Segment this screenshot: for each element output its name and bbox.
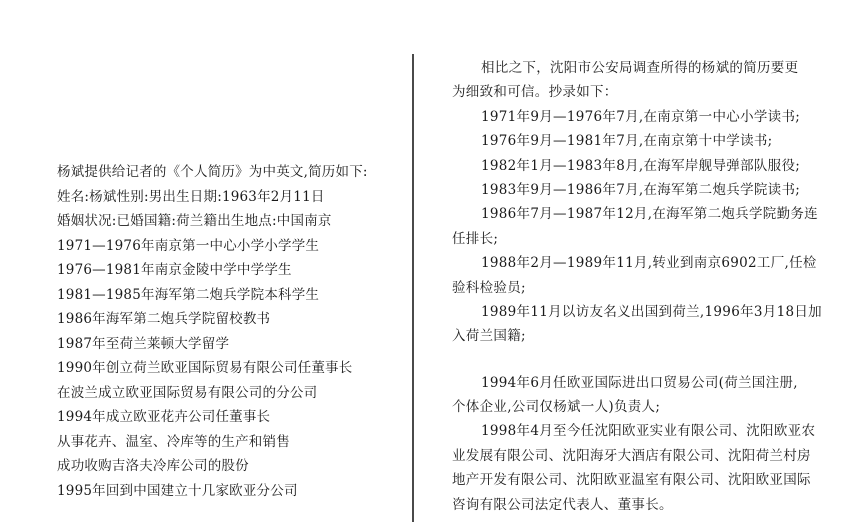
- resume-line: 姓名:杨斌性别:男出生日期:1963年2月11日: [57, 185, 402, 210]
- record-line: 1976年9月—1981年7月,在南京第十中学读书;: [452, 129, 832, 153]
- resume-line: 1981—1985年海军第二炮兵学院本科学生: [57, 283, 402, 308]
- resume-line: 从事花卉、温室、冷库等的生产和销售: [57, 430, 402, 455]
- record-line: 验科检验员;: [452, 276, 832, 300]
- record-line: 任排长;: [452, 227, 832, 251]
- record-line: 入荷兰国籍;: [452, 324, 832, 348]
- document-page: 杨斌提供给记者的《个人简历》为中英文,简历如下: 姓名:杨斌性别:男出生日期:1…: [0, 0, 845, 527]
- resume-line: 1971—1976年南京第一中心小学小学学生: [57, 234, 402, 259]
- intro-line: 杨斌提供给记者的《个人简历》为中英文,简历如下:: [57, 160, 402, 185]
- column-divider: [412, 54, 414, 522]
- record-line: 1971年9月—1976年7月,在南京第一中心小学读书;: [452, 105, 832, 129]
- record-line: 个体企业,公司仅杨斌一人)负责人;: [452, 395, 832, 419]
- paragraph-line: 为细致和可信。抄录如下：: [452, 80, 832, 104]
- resume-line: 婚姻状况:已婚国籍:荷兰籍出生地点:中国南京: [57, 209, 402, 234]
- resume-line: 在波兰成立欧亚国际贸易有限公司的分公司: [57, 381, 402, 406]
- resume-line: 1986年海军第二炮兵学院留校教书: [57, 307, 402, 332]
- resume-line: 1976—1981年南京金陵中学中学学生: [57, 258, 402, 283]
- resume-line: 1990年创立荷兰欧亚国际贸易有限公司任董事长: [57, 356, 402, 381]
- record-line: 1998年4月至今任沈阳欧亚实业有限公司、沈阳欧亚农: [452, 419, 832, 443]
- record-line: 1988年2月—1989年11月,转业到南京6902工厂,任检: [452, 251, 832, 275]
- record-line: 1986年7月—1987年12月,在海军第二炮兵学院勤务连: [452, 202, 832, 226]
- resume-line: 1987年至荷兰莱顿大学留学: [57, 332, 402, 357]
- record-line: 1983年9月—1986年7月,在海军第二炮兵学院读书;: [452, 178, 832, 202]
- right-column-police-record: 相比之下，沈阳市公安局调查所得的杨斌的简历要更 为细致和可信。抄录如下： 197…: [452, 56, 832, 517]
- record-line: 1982年1月—1983年8月,在海军岸舰导弹部队服役;: [452, 154, 832, 178]
- resume-line: 成功收购吉洛夫冷库公司的股份: [57, 454, 402, 479]
- record-line: 咨询有限公司法定代表人、董事长。: [452, 493, 832, 517]
- record-line: 地产开发有限公司、沈阳欧亚温室有限公司、沈阳欧亚国际: [452, 468, 832, 492]
- paragraph-line: 相比之下，沈阳市公安局调查所得的杨斌的简历要更: [452, 56, 832, 80]
- record-line: 1994年6月任欧亚国际进出口贸易公司(荷兰国注册,: [452, 371, 832, 395]
- resume-line: 1995年回到中国建立十几家欧亚分公司: [57, 479, 402, 504]
- resume-line: 1994年成立欧亚花卉公司任董事长: [57, 405, 402, 430]
- record-line: 1989年11月以访友名义出国到荷兰,1996年3月18日加: [452, 300, 832, 324]
- paragraph-gap: [452, 349, 832, 371]
- left-column-resume: 杨斌提供给记者的《个人简历》为中英文,简历如下: 姓名:杨斌性别:男出生日期:1…: [57, 160, 402, 503]
- record-line: 业发展有限公司、沈阳海牙大酒店有限公司、沈阳荷兰村房: [452, 444, 832, 468]
